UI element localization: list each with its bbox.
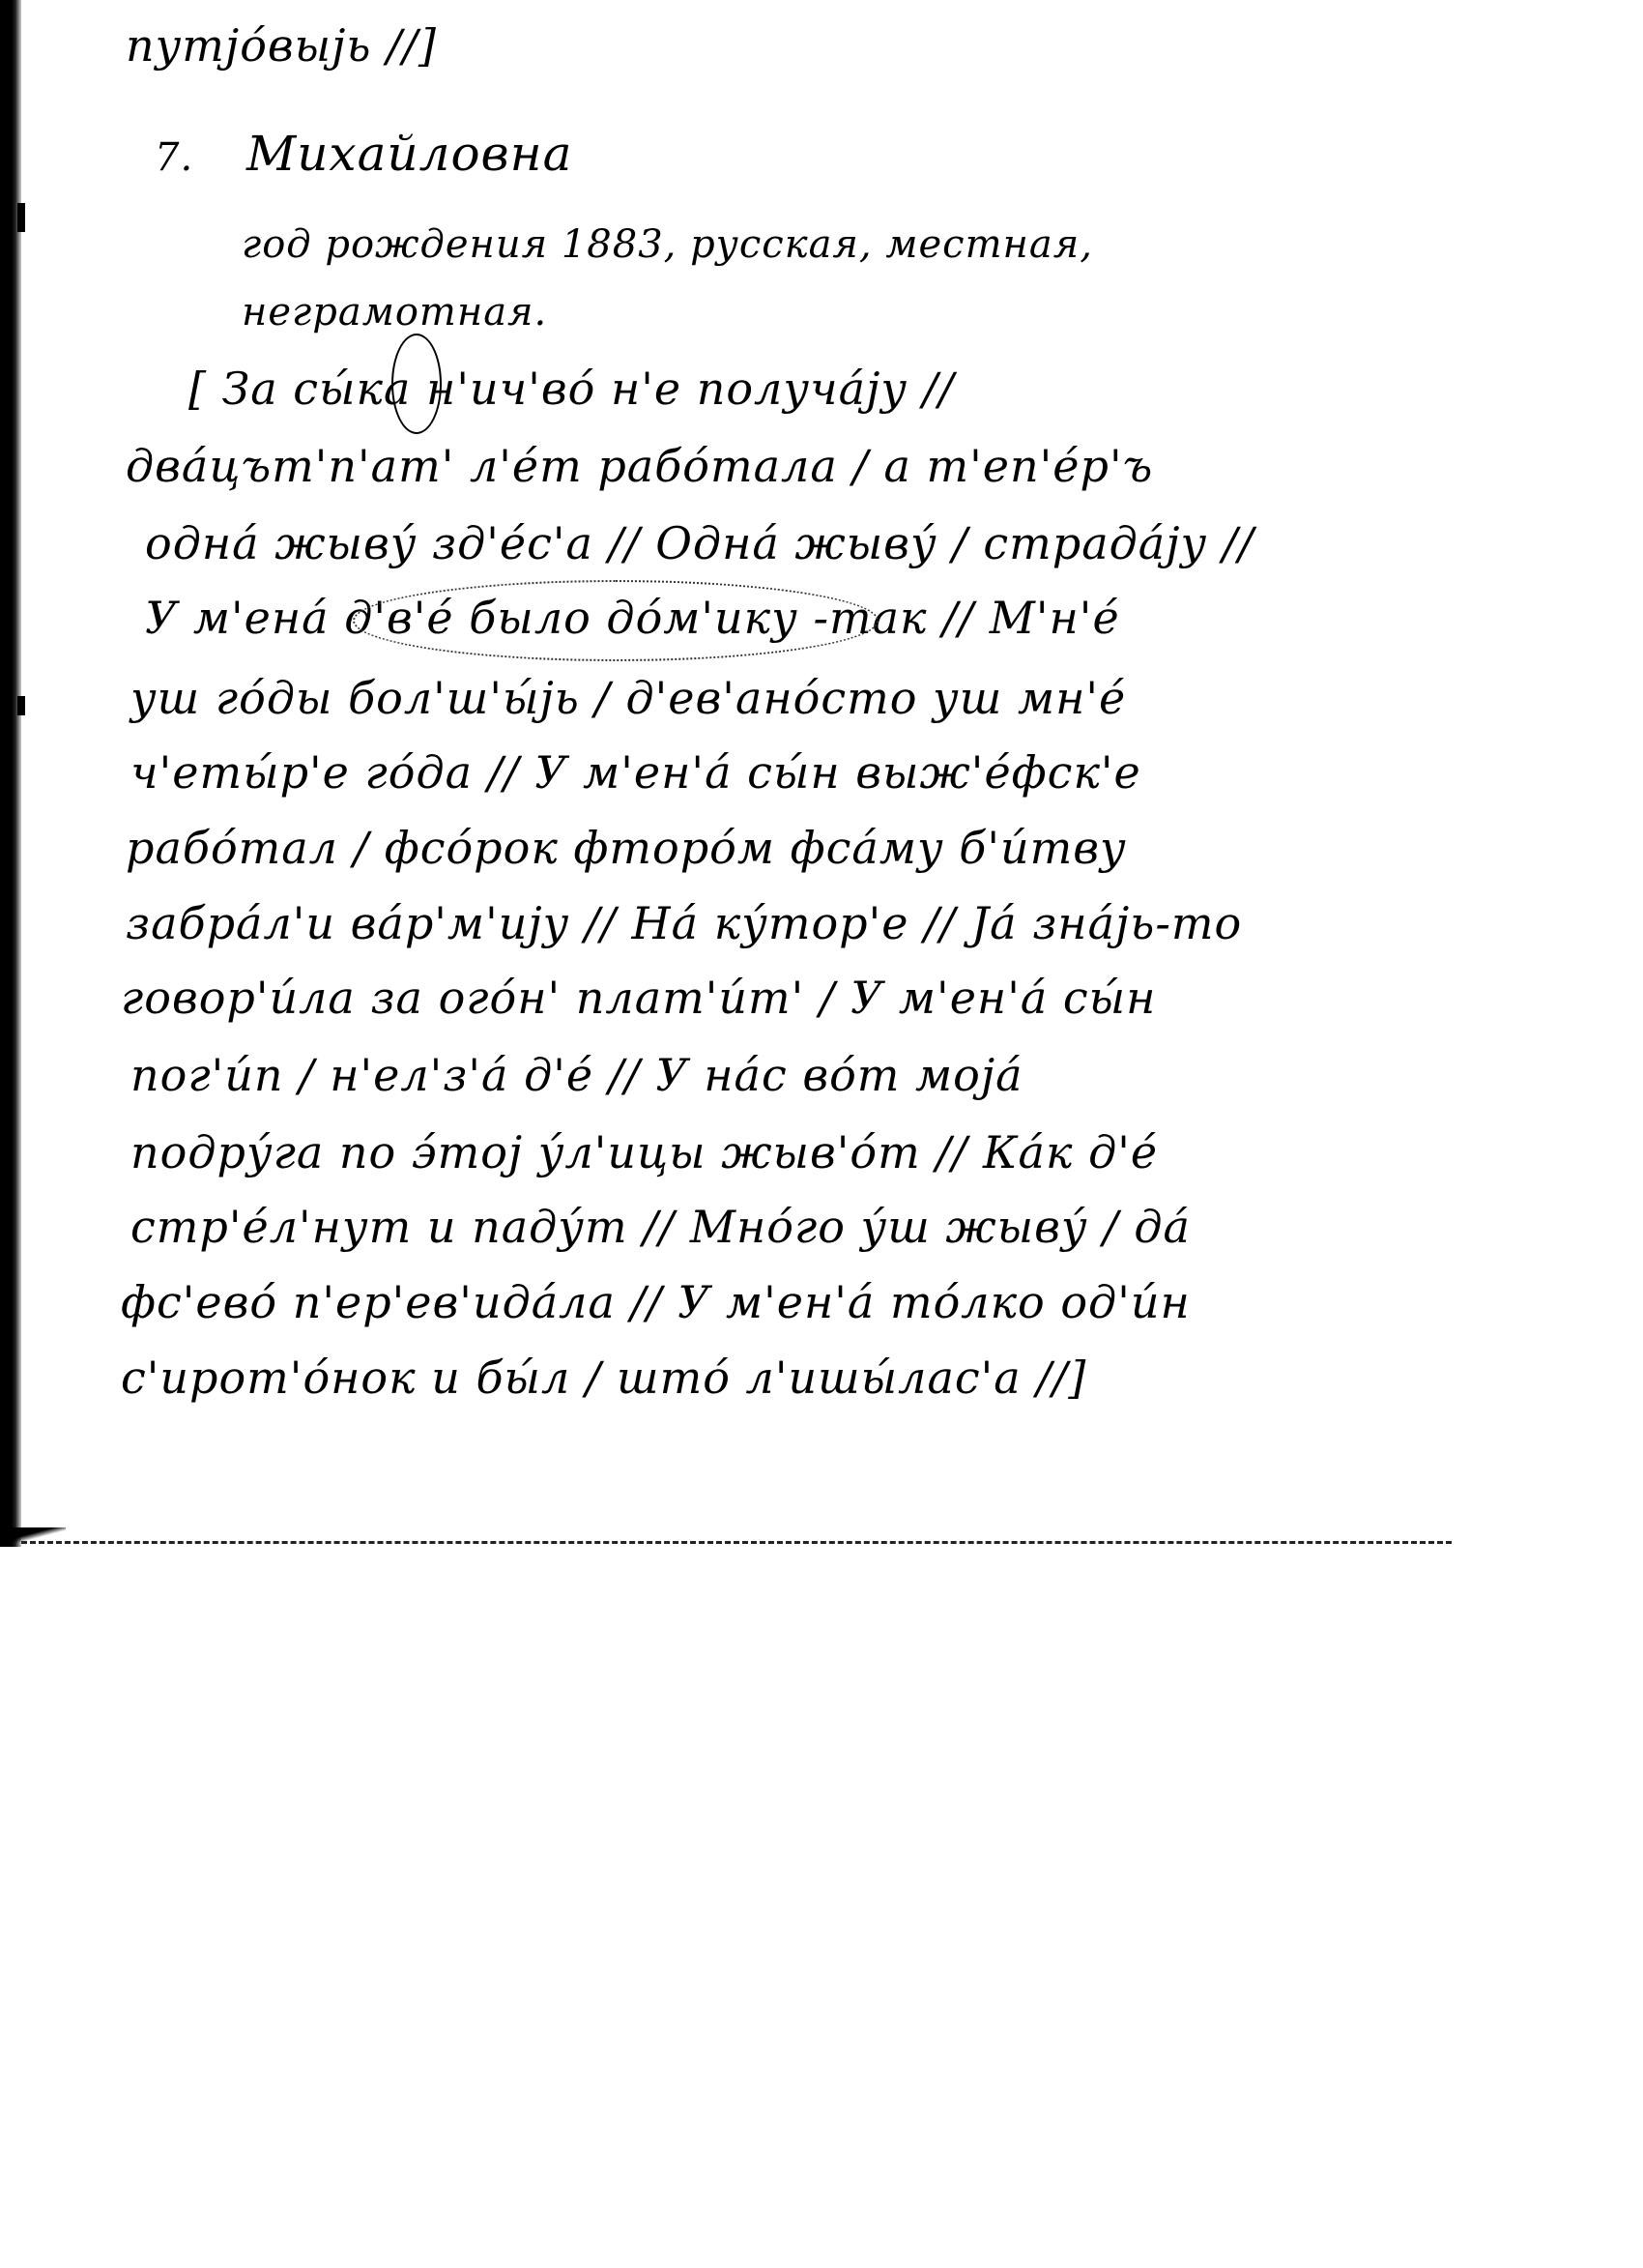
informant-info-line1: год рождения 1883, русская, местная,: [242, 222, 1093, 267]
transcript-line: стр'е́л'нут и паду́т // Мно́го у́ш жыву́…: [130, 1201, 1191, 1253]
transcript-line: с'ирот'о́нок и бы́л / што́ л'ишы́лас'а /…: [121, 1352, 1086, 1404]
transcript-line: одна́ жыву́ зд'е́с'а // Одна́ жыву́ / ст…: [145, 517, 1254, 569]
transcript-line: два́цът'п'ат' л'е́т рабо́тала / а т'еп'е…: [126, 440, 1153, 492]
transcript-line: говор'и́ла за ого́н' плат'и́т' / У м'ен'…: [121, 972, 1156, 1024]
scan-binding-edge: [0, 0, 21, 1547]
entry-number: 7.: [155, 135, 193, 180]
transcript-line: рабо́тал / фсо́рок фторо́м фса́му б'и́тв…: [126, 822, 1127, 874]
transcript-line: уш го́ды бол'ш'ы́jь / д'ев'ано́сто уш мн…: [130, 672, 1126, 724]
transcript-line: пог'и́п / н'ел'з'а́ д'е́ // У на́с во́т …: [130, 1049, 1023, 1101]
informant-info-line2: неграмотная.: [242, 290, 547, 334]
dotted-oval-mark: [353, 580, 879, 661]
scan-speck: [17, 203, 25, 232]
transcript-line: подру́га по э́тоj у́л'ицы жыв'о́т // Ка́…: [130, 1126, 1158, 1178]
scan-speck: [17, 696, 25, 715]
transcript-line: [ За сы́ка н'ич'во́ н'е получа́jу //: [188, 363, 955, 415]
informant-name: Михайловна: [246, 126, 572, 182]
transcript-line: ч'еты́р'е го́да // У м'ен'а́ сы́н выж'е́…: [130, 746, 1141, 799]
transcript-line: фс'ево́ п'ер'ев'ида́ла // У м'ен'а́ то́л…: [121, 1276, 1191, 1328]
previous-text-end: путjо́выjь //]: [126, 19, 437, 72]
page-bottom-rule: [21, 1541, 1452, 1544]
transcript-line: забра́л'и ва́р'м'иjу // На́ ку́тор'е // …: [126, 897, 1242, 949]
scanned-page: путjо́выjь //] 7. Михайловна год рождени…: [0, 0, 1643, 2268]
circled-letter-mark: [391, 334, 442, 434]
